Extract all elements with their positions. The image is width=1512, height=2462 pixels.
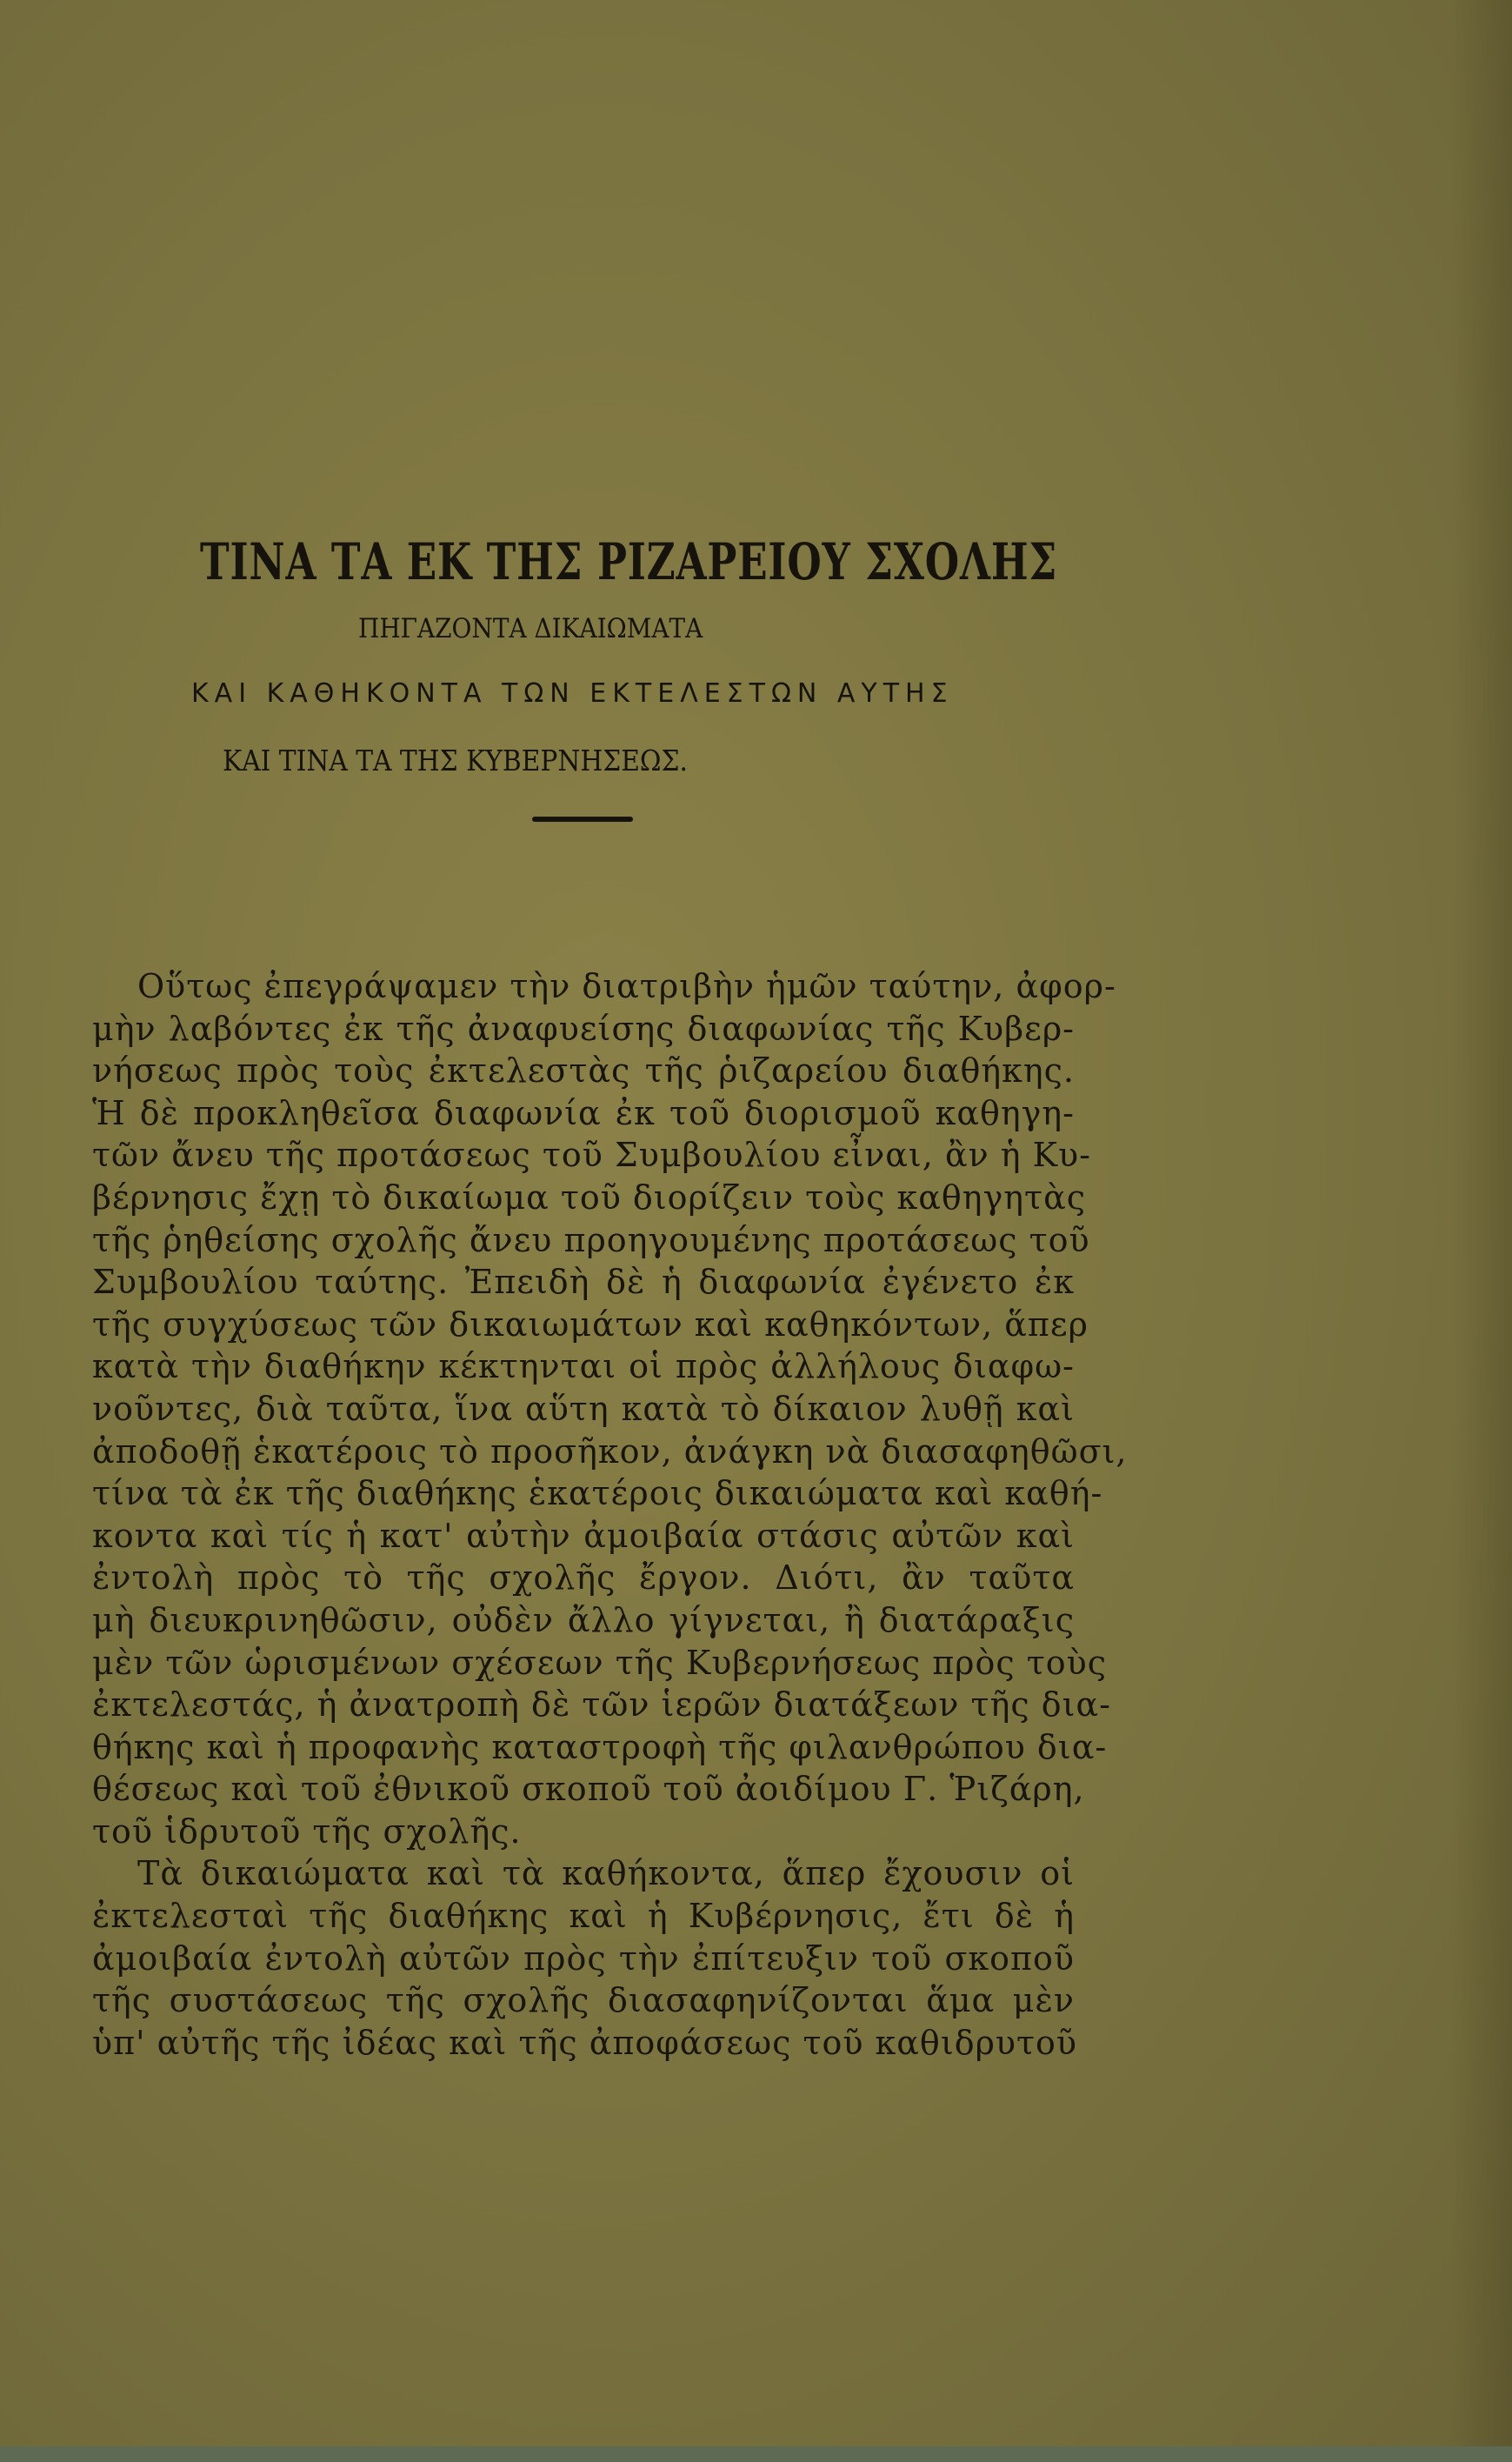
scanned-page: ΤΙΝΑ ΤΑ ΕΚ ΤΗΣ ΡΙΖΑΡΕΙΟΥ ΣΧΟΛΗΣ ΠΗΓΑΖΟΝΤ… (0, 0, 1512, 2462)
text-line: μὴν λαβόντες ἐκ τῆς ἀναφυείσης διαφωνίας… (92, 1008, 1075, 1051)
body-text: Οὕτως ἐπεγράψαμεν τὴν διατριβὴν ἡμῶν ταύ… (92, 965, 1075, 2064)
page-edge-shadow (1451, 0, 1512, 2462)
text-line: νοῦντες, διὰ ταῦτα, ἵνα αὕτη κατὰ τὸ δίκ… (92, 1388, 1075, 1431)
text-line: θήκης καὶ ἡ προφανὴς καταστροφὴ τῆς φιλα… (92, 1726, 1075, 1769)
text-line: τῆς συστάσεως τῆς σχολῆς διασαφηνίζονται… (92, 1979, 1075, 2022)
text-line: ἀμοιβαία ἐντολὴ αὐτῶν πρὸς τὴν ἐπίτευξιν… (92, 1938, 1075, 1980)
text-line: μὴ διευκρινηθῶσιν, οὐδὲν ἄλλο γίγνεται, … (92, 1599, 1075, 1642)
subtitle-line-1: ΠΗΓΑΖΟΝΤΑ ΔΙΚΑΙΩΜΑΤΑ (358, 613, 703, 644)
text-line: θέσεως καὶ τοῦ ἐθνικοῦ σκοποῦ τοῦ ἀοιδίμ… (92, 1768, 1075, 1811)
text-line: ἐκτελεσταὶ τῆς διαθήκης καὶ ἡ Κυβέρνησις… (92, 1895, 1075, 1938)
text-line: Συμβουλίου ταύτης. Ἐπειδὴ δὲ ἡ διαφωνία … (92, 1261, 1075, 1304)
paragraph-2: Τὰ δικαιώματα καὶ τὰ καθήκοντα, ἅπερ ἔχο… (92, 1852, 1075, 2064)
text-line: ἀποδοθῇ ἑκατέροις τὸ προσῆκον, ἀνάγκη νὰ… (92, 1431, 1075, 1473)
text-line: τῶν ἄνευ τῆς προτάσεως τοῦ Συμβουλίου εἶ… (92, 1134, 1075, 1177)
text-line: τῆς ῥηθείσης σχολῆς ἄνευ προηγουμένης πρ… (92, 1219, 1075, 1262)
paragraph-1: Οὕτως ἐπεγράψαμεν τὴν διατριβὴν ἡμῶν ταύ… (92, 965, 1075, 1852)
text-line: τοῦ ἱδρυτοῦ τῆς σχολῆς. (92, 1811, 1075, 1853)
text-line: ὑπ' αὐτῆς τῆς ἰδέας καὶ τῆς ἀποφάσεως το… (92, 2022, 1075, 2065)
subtitle-line-2: ΚΑΙ ΚΑΘΗΚΟΝΤΑ ΤΩΝ ΕΚΤΕΛΕΣΤΩΝ ΑΥΤΗΣ (191, 678, 954, 709)
subtitle-line-3: ΚΑΙ ΤΙΝΑ ΤΑ ΤΗΣ ΚΥΒΕΡΝΗΣΕΩΣ. (223, 744, 688, 777)
text-line: βέρνησις ἔχῃ τὸ δικαίωμα τοῦ διορίζειν τ… (92, 1177, 1075, 1219)
text-line: νήσεως πρὸς τοὺς ἐκτελεστὰς τῆς ῥιζαρείο… (92, 1050, 1075, 1092)
main-title: ΤΙΝΑ ΤΑ ΕΚ ΤΗΣ ΡΙΖΑΡΕΙΟΥ ΣΧΟΛΗΣ (200, 532, 1057, 591)
text-line: μὲν τῶν ὡρισμένων σχέσεων τῆς Κυβερνήσεω… (92, 1642, 1075, 1685)
text-line: κατὰ τὴν διαθήκην κέκτηνται οἱ πρὸς ἀλλή… (92, 1345, 1075, 1388)
text-line: ἐντολὴ πρὸς τὸ τῆς σχολῆς ἔργον. Διότι, … (92, 1557, 1075, 1599)
text-line: κοντα καὶ τίς ἡ κατ' αὐτὴν ἀμοιβαία στάσ… (92, 1515, 1075, 1558)
text-line: Ἡ δὲ προκληθεῖσα διαφωνία ἐκ τοῦ διορισμ… (92, 1092, 1075, 1135)
title-divider (532, 817, 633, 822)
text-line: Οὕτως ἐπεγράψαμεν τὴν διατριβὴν ἡμῶν ταύ… (92, 965, 1075, 1008)
text-line: τῆς συγχύσεως τῶν δικαιωμάτων καὶ καθηκό… (92, 1304, 1075, 1346)
text-line: τίνα τὰ ἐκ τῆς διαθήκης ἑκατέροις δικαιώ… (92, 1472, 1075, 1515)
text-line: ἐκτελεστάς, ἡ ἀνατροπὴ δὲ τῶν ἱερῶν διατ… (92, 1684, 1075, 1726)
text-line: Τὰ δικαιώματα καὶ τὰ καθήκοντα, ἅπερ ἔχο… (92, 1852, 1075, 1895)
